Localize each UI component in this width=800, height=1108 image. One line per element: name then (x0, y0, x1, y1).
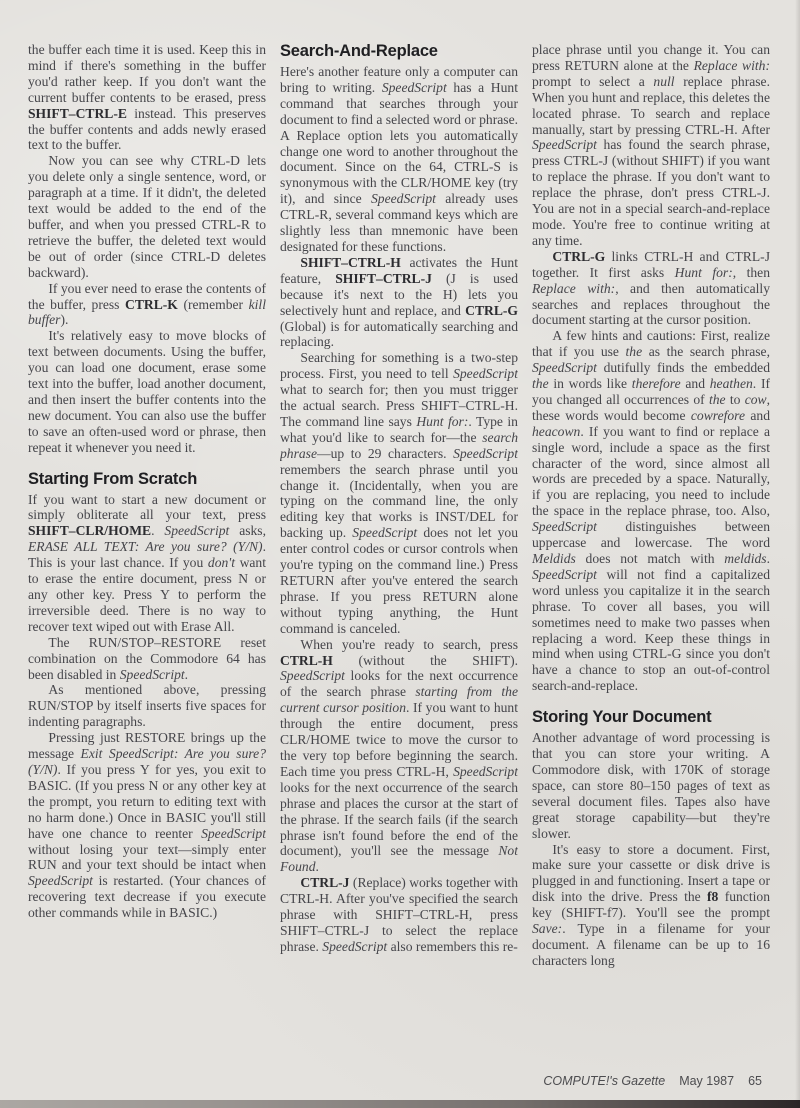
italic-text: cow (745, 392, 767, 407)
body-text: When you're ready to search, press (300, 637, 518, 652)
body-text: does not match with (576, 551, 725, 566)
italic-text: the (626, 344, 643, 359)
body-text: . (316, 859, 319, 874)
body-text: in words like (549, 376, 632, 391)
body-text: to (726, 392, 745, 407)
paragraph: It's relatively easy to move blocks of t… (28, 328, 266, 455)
italic-text: Save: (532, 921, 562, 936)
italic-text: SpeedScript (28, 873, 93, 888)
paragraph: It's easy to store a document. First, ma… (532, 842, 770, 969)
italic-text: Hunt for: (416, 414, 468, 429)
italic-text: heacown (532, 424, 580, 439)
body-text: . (767, 551, 770, 566)
italic-text: therefore (632, 376, 681, 391)
body-text: . (185, 667, 188, 682)
italic-text: Replace with: (694, 58, 770, 73)
body-text: . Type in a filename for your document. … (532, 921, 770, 968)
italic-text: the (532, 376, 549, 391)
key-combo-text: SHIFT–CTRL-H (300, 255, 400, 270)
paragraph: Now you can see why CTRL-D lets you dele… (28, 153, 266, 280)
paragraph: A few hints and cautions: First, realize… (532, 328, 770, 694)
key-combo-text: SHIFT–CTRL-E (28, 106, 127, 121)
body-text: —up to 29 characters. (317, 446, 453, 461)
key-combo-text: CTRL-G (552, 249, 605, 264)
key-combo-text: CTRL-J (300, 875, 349, 890)
body-text: and (745, 408, 770, 423)
body-text: It's relatively easy to move blocks of t… (28, 328, 266, 454)
key-combo-text: CTRL-G (465, 303, 518, 318)
magazine-page: the buffer each time it is used. Keep th… (0, 0, 800, 1108)
paragraph: CTRL-G links CTRL-H and CTRL-J together.… (532, 249, 770, 329)
italic-text: don't (208, 555, 235, 570)
body-text: has found the search phrase, press CTRL-… (532, 137, 770, 247)
italic-text: SpeedScript (453, 446, 518, 461)
paragraph: Another advantage of word processing is … (532, 730, 770, 841)
scan-bottom-edge (0, 1100, 800, 1108)
paragraph: The RUN/STOP–RESTORE reset combination o… (28, 635, 266, 683)
page-number: 65 (748, 1074, 762, 1088)
body-text: looks for the next occurrence of the sea… (280, 780, 518, 859)
italic-text: SpeedScript (352, 525, 417, 540)
scan-right-edge (795, 0, 800, 1108)
italic-text: cowrefore (691, 408, 745, 423)
key-combo-text: CTRL-H (280, 653, 333, 668)
italic-text: SpeedScript (453, 366, 518, 381)
body-text: without losing your text—simply enter RU… (28, 842, 266, 873)
paragraph: As mentioned above, pressing RUN/STOP by… (28, 682, 266, 730)
italic-text: the (709, 392, 726, 407)
italic-text: SpeedScript (164, 523, 229, 538)
body-text: also remembers this re- (387, 939, 518, 954)
section-heading: Starting From Scratch (28, 470, 266, 489)
article-columns: the buffer each time it is used. Keep th… (28, 42, 770, 1082)
italic-text: SpeedScript (532, 567, 597, 582)
body-text: ). (60, 312, 68, 327)
paragraph: If you ever need to erase the contents o… (28, 281, 266, 329)
body-text: , then (733, 265, 770, 280)
key-combo-text: CTRL-K (125, 297, 178, 312)
body-text: . (151, 523, 164, 538)
paragraph: Pressing just RESTORE brings up the mess… (28, 730, 266, 921)
italic-text: SpeedScript (532, 360, 597, 375)
body-text: and (681, 376, 710, 391)
body-text: asks, (229, 523, 266, 538)
body-text: (Global) is for automatically searching … (280, 319, 518, 350)
paragraph: If you want to start a new document or s… (28, 492, 266, 635)
section-heading: Search-And-Replace (280, 42, 518, 61)
body-text: does not let you enter control codes or … (280, 525, 518, 635)
italic-text: SpeedScript (280, 668, 345, 683)
paragraph: SHIFT–CTRL-H activates the Hunt feature,… (280, 255, 518, 350)
body-text: If you want to start a new document or s… (28, 492, 266, 523)
italic-text: null (653, 74, 674, 89)
italic-text: SpeedScript (371, 191, 436, 206)
italic-text: Meldids (532, 551, 576, 566)
italic-text: ERASE ALL TEXT: Are you sure? (Y/N) (28, 539, 263, 554)
body-text: As mentioned above, pressing RUN/STOP by… (28, 682, 266, 729)
italic-text: Replace with: (532, 281, 615, 296)
italic-text: Hunt for: (675, 265, 733, 280)
italic-text: SpeedScript (120, 667, 185, 682)
body-text: will not find a capitalized word unless … (532, 567, 770, 693)
column-1: the buffer each time it is used. Keep th… (28, 42, 266, 1082)
column-2: Search-And-ReplaceHere's another feature… (280, 42, 518, 1082)
key-combo-text: SHIFT–CTRL-J (335, 271, 432, 286)
italic-text: heathen (710, 376, 753, 391)
paragraph: CTRL-J (Replace) works together with CTR… (280, 875, 518, 955)
paragraph: When you're ready to search, press CTRL-… (280, 637, 518, 876)
body-text: has a Hunt command that searches through… (280, 80, 518, 206)
body-text: as the search phrase, (642, 344, 770, 359)
body-text: the buffer each time it is used. Keep th… (28, 42, 266, 105)
paragraph: the buffer each time it is used. Keep th… (28, 42, 266, 153)
section-heading: Storing Your Document (532, 708, 770, 727)
italic-text: SpeedScript (453, 764, 518, 779)
magazine-name: COMPUTE!'s Gazette (543, 1074, 665, 1088)
italic-text: SpeedScript (382, 80, 447, 95)
italic-text: SpeedScript (532, 137, 597, 152)
italic-text: SpeedScript (532, 519, 597, 534)
body-text: dutifully finds the embedded (597, 360, 770, 375)
body-text: (without the SHIFT). (333, 653, 518, 668)
page-footer: COMPUTE!'s GazetteMay 198765 (543, 1074, 762, 1088)
column-3: place phrase until you change it. You ca… (532, 42, 770, 1082)
body-text: prompt to select a (532, 74, 653, 89)
body-text: Now you can see why CTRL-D lets you dele… (28, 153, 266, 279)
italic-text: SpeedScript (322, 939, 387, 954)
body-text: (remember (178, 297, 249, 312)
body-text: Another advantage of word processing is … (532, 730, 770, 840)
key-combo-text: SHIFT–CLR/HOME (28, 523, 151, 538)
italic-text: SpeedScript (201, 826, 266, 841)
issue-date: May 1987 (679, 1074, 734, 1088)
paragraph: place phrase until you change it. You ca… (532, 42, 770, 249)
paragraph: Here's another feature only a computer c… (280, 64, 518, 255)
paragraph: Searching for something is a two-step pr… (280, 350, 518, 636)
key-combo-text: f8 (707, 889, 718, 904)
italic-text: meldids (724, 551, 766, 566)
